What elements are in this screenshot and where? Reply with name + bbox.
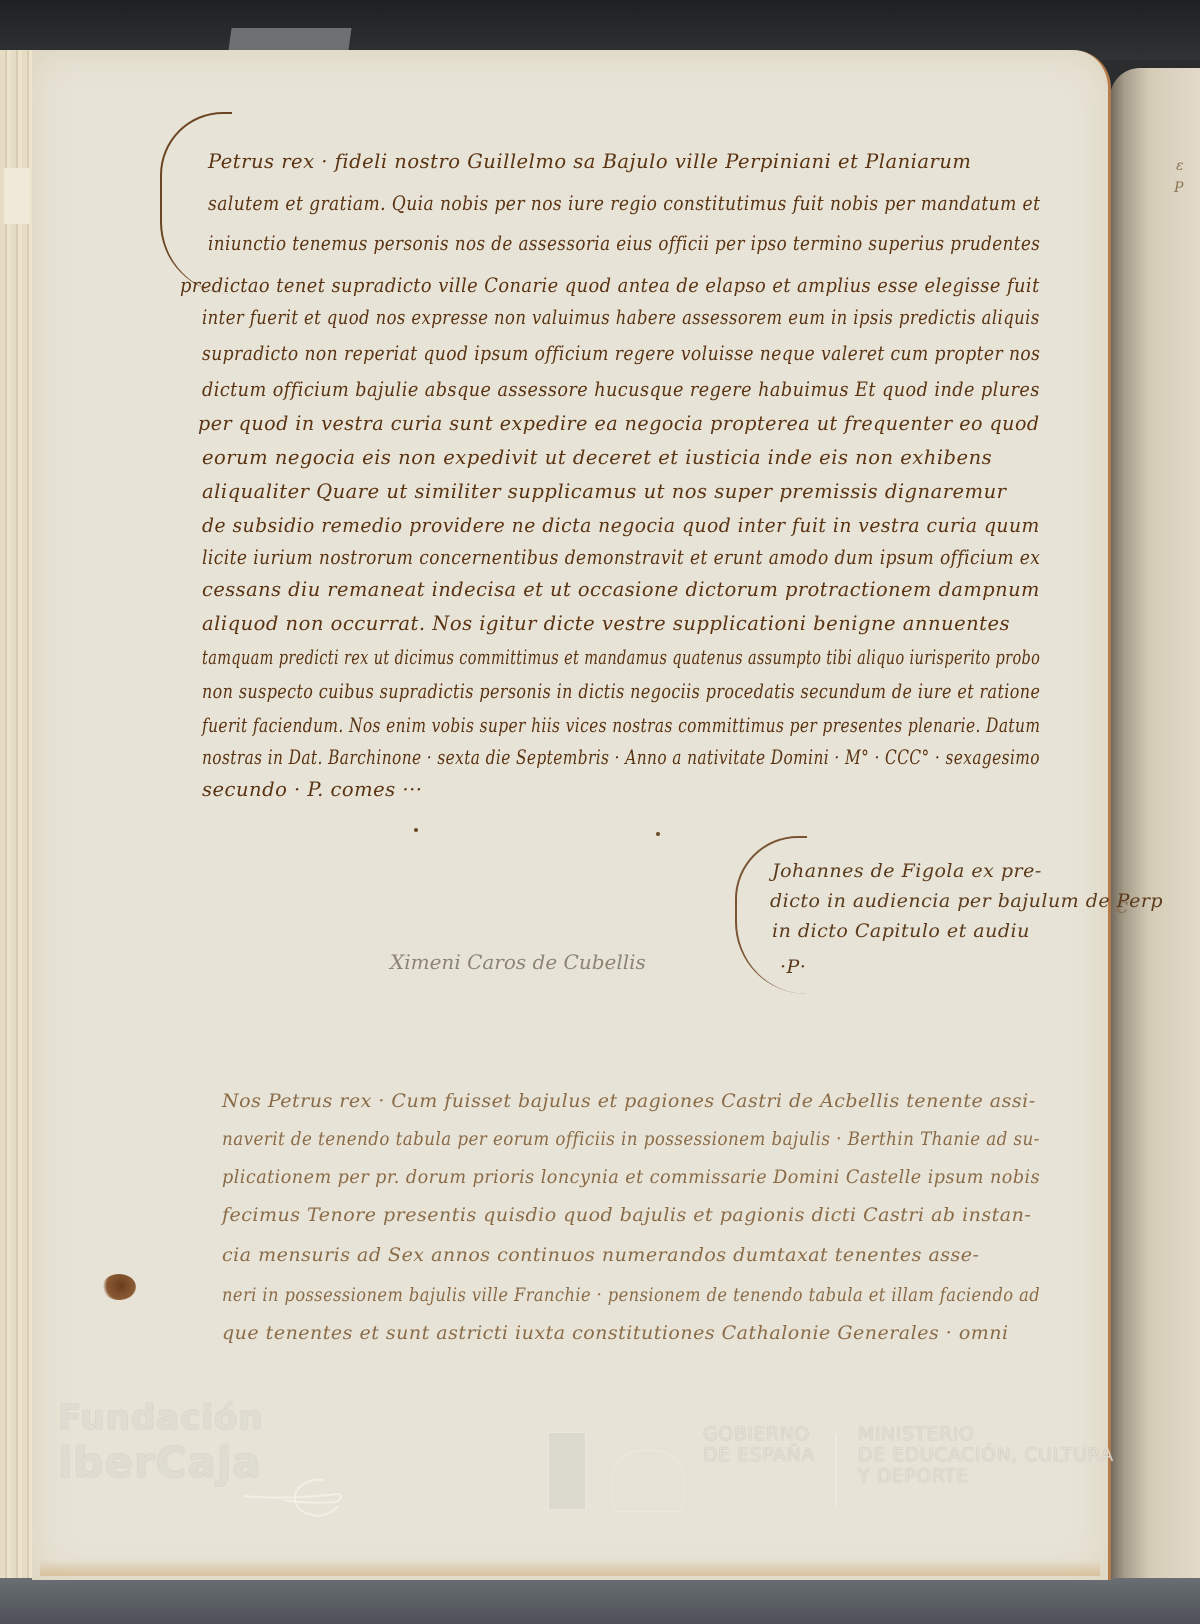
ink-speck [414, 828, 418, 832]
page-edge-label [4, 168, 30, 224]
text-line: Petrus rex · fideli nostro Guillelmo sa … [208, 150, 971, 173]
text-line: secundo · P. comes ··· [202, 778, 422, 801]
text-line: naverit de tenendo tabula per eorum offi… [222, 1128, 1040, 1150]
watermark-divider [835, 1434, 837, 1506]
text-line: dictum officium bajulie absque assessore… [202, 378, 1040, 401]
foxing-stain [40, 1560, 1100, 1576]
watermark-ministerio-line: Y DEPORTE [858, 1466, 1114, 1487]
text-line: Nos Petrus rex · Cum fuisset bajulus et … [222, 1090, 1036, 1112]
text-line: fuerit faciendum. Nos enim vobis super h… [202, 714, 1040, 737]
text-line: non suspecto cuibus supradictis personis… [202, 680, 1040, 703]
text-line: salutem et gratiam. Quia nobis per nos i… [208, 192, 1040, 215]
coat-of-arms-icon [612, 1450, 684, 1512]
text-line: de subsidio remedio providere ne dicta n… [202, 514, 1040, 537]
text-line: supradicto non reperiat quod ipsum offic… [202, 342, 1040, 365]
text-line: cia mensuris ad Sex annos continuos nume… [222, 1244, 979, 1266]
text-line: predictao tenet supradicto ville Conarie… [180, 274, 1040, 297]
watermark-gobierno-line: GOBIERNO [703, 1424, 815, 1445]
watermark-ibercaja: iberCaja [58, 1438, 262, 1487]
text-line: nostras in Dat. Barchinone · sexta die S… [202, 746, 1040, 769]
facing-page-fragment: P [1174, 180, 1183, 196]
subscription-line: in dicto Capitulo et audiu [772, 920, 1030, 942]
subscription-line: Johannes de Figola ex pre- [772, 860, 1042, 882]
text-line: plicationem per pr. dorum prioris loncyn… [222, 1166, 1040, 1188]
watermark-ministerio-line: DE EDUCACIÓN, CULTURA [858, 1445, 1114, 1466]
text-line: iniunctio tenemus personis nos de assess… [208, 232, 1040, 255]
text-line: que tenentes et sunt astricti iuxta cons… [222, 1322, 1009, 1344]
text-line: cessans diu remaneat indecisa et ut occa… [202, 578, 1040, 601]
ibercaja-logo-icon [244, 1478, 354, 1518]
facing-page-fragment: ε [1176, 158, 1184, 174]
watermark-ministerio-line: MINISTERIO [858, 1424, 1114, 1445]
watermark-gobierno: GOBIERNO DE ESPAÑA [703, 1424, 815, 1466]
watermark-gobierno-line: DE ESPAÑA [703, 1445, 815, 1466]
spain-flag-icon [548, 1432, 586, 1510]
watermark-ministerio: MINISTERIO DE EDUCACIÓN, CULTURA Y DEPOR… [858, 1424, 1114, 1487]
text-line: aliquod non occurrat. Nos igitur dicte v… [202, 612, 1010, 635]
paper-slip-tab [228, 28, 351, 50]
text-line: inter fuerit et quod nos expresse non va… [202, 306, 1040, 329]
watermark-fundacion: Fundación [58, 1398, 264, 1438]
text-line: neri in possessionem bajulis ville Franc… [222, 1284, 1040, 1306]
text-line: fecimus Tenore presentis quisdio quod ba… [222, 1204, 1031, 1226]
text-line: aliqualiter Quare ut similiter supplicam… [202, 480, 1006, 503]
text-line: per quod in vestra curia sunt expedire e… [198, 412, 1040, 435]
text-line: licite iurium nostrorum concernentibus d… [202, 546, 1040, 569]
subscription-line: ·P· [780, 956, 806, 978]
ink-blot [102, 1274, 136, 1300]
text-line: tamquam predicti rex ut dicimus committi… [202, 646, 1040, 669]
text-line: eorum negocia eis non expedivit ut decer… [202, 446, 992, 469]
ink-speck [656, 832, 660, 836]
marginal-note: Ximeni Caros de Cubellis [390, 950, 646, 974]
subscription-line: dicto in audiencia per bajulum de Perp [770, 890, 1163, 912]
facing-page: ε P c [1110, 68, 1200, 1578]
